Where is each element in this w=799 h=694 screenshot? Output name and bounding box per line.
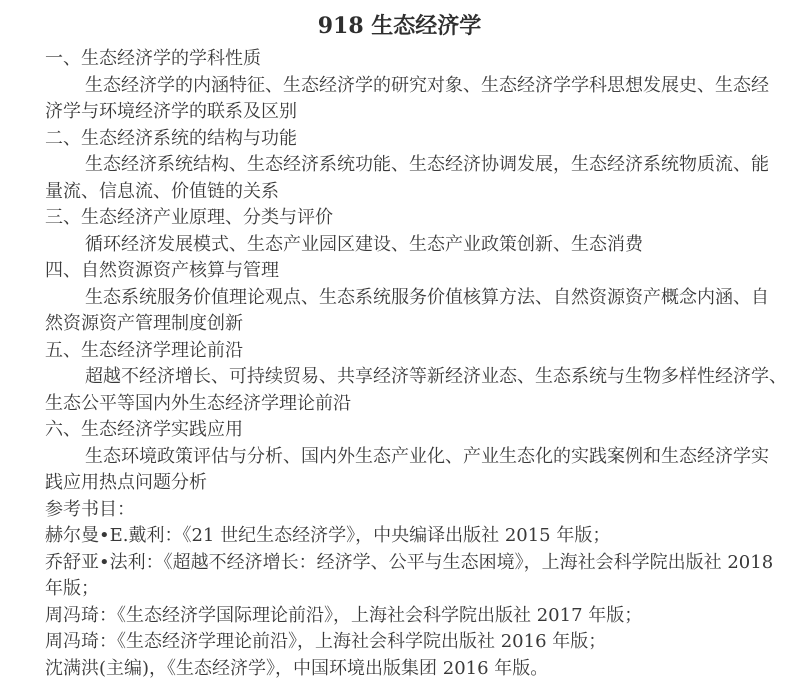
reference-entry: 周冯琦：《生态经济学理论前沿》，上海社会科学院出版社 2016 年版； [45,629,773,656]
paragraph-line: 生态经济系统结构、生态经济系统功能、生态经济协调发展，生态经济系统物质流、能 [45,152,773,179]
section-heading-4: 四、自然资源资产核算与管理 [45,258,773,285]
section-heading-1: 一、生态经济学的学科性质 [45,46,773,73]
references-label: 参考书目： [45,497,773,524]
reference-entry: 年版； [45,576,773,603]
page-title: 918 生态经济学 [0,12,799,40]
section-heading-6: 六、生态经济学实践应用 [45,417,773,444]
paragraph-line: 超越不经济增长、可持续贸易、共享经济等新经济业态、生态系统与生物多样性经济学、 [45,364,773,391]
paragraph-line: 生态环境政策评估与分析、国内外生态产业化、产业生态化的实践案例和生态经济学实 [45,444,773,471]
document-page: 918 生态经济学 一、生态经济学的学科性质 生态经济学的内涵特征、生态经济学的… [0,0,799,694]
reference-entry: 赫尔曼•E.戴利：《21 世纪生态经济学》，中央编译出版社 2015 年版； [45,523,773,550]
paragraph-line: 然资源资产管理制度创新 [45,311,773,338]
reference-entry: 乔舒亚•法利：《超越不经济增长：经济学、公平与生态困境》，上海社会科学院出版社 … [45,550,773,577]
section-heading-3: 三、生态经济产业原理、分类与评价 [45,205,773,232]
document-body: 一、生态经济学的学科性质 生态经济学的内涵特征、生态经济学的研究对象、生态经济学… [0,46,799,682]
paragraph-line: 生态经济学的内涵特征、生态经济学的研究对象、生态经济学学科思想发展史、生态经 [45,73,773,100]
reference-entry: 周冯琦：《生态经济学国际理论前沿》，上海社会科学院出版社 2017 年版； [45,603,773,630]
paragraph-line: 济学与环境经济学的联系及区别 [45,99,773,126]
paragraph-line: 循环经济发展模式、生态产业园区建设、生态产业政策创新、生态消费 [45,232,773,259]
paragraph-line: 生态公平等国内外生态经济学理论前沿 [45,391,773,418]
reference-entry: 沈满洪(主编)，《生态经济学》，中国环境出版集团 2016 年版。 [45,656,773,683]
paragraph-line: 践应用热点问题分析 [45,470,773,497]
section-heading-2: 二、生态经济系统的结构与功能 [45,126,773,153]
paragraph-line: 生态系统服务价值理论观点、生态系统服务价值核算方法、自然资源资产概念内涵、自 [45,285,773,312]
paragraph-line: 量流、信息流、价值链的关系 [45,179,773,206]
section-heading-5: 五、生态经济学理论前沿 [45,338,773,365]
